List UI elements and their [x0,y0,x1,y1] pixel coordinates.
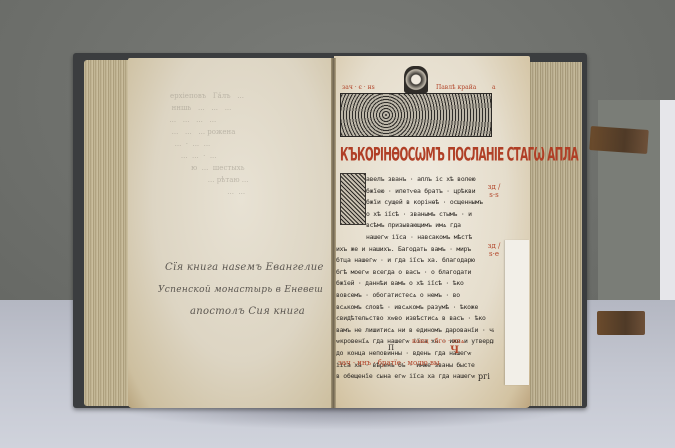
text-line: бтца нашегѡ · и гда іїсъ ха. благодарю [336,255,494,267]
offset-line: ... ... · ... [172,152,221,161]
right-page-edges [526,62,582,406]
text-line: в обещенїе сына егѡ іїса ха гда нашегѡ [336,371,494,383]
offset-line: ... · ... ... [168,140,217,149]
inscription-line: апостолъ Сия книга [190,306,305,317]
page-header-folio: а [492,84,496,91]
marker-lower: П [388,344,394,352]
offset-line: ... ... ... рожена [165,128,235,137]
wall-edge [660,100,675,300]
offset-line: ерхіеповъ Га́лъ ... [170,92,246,101]
offset-line: ... рѣтаю ... [190,176,253,185]
upper-clasp [589,126,649,154]
text-line: бжїею · ипетѵеа братъ · црѣкви [336,186,494,198]
text-line: вамъ не лишитисѧ ни в единомъ дарованїи … [336,325,494,337]
text-line: бгѣ моегѡ всегда о васъ · о благодати [336,267,494,279]
text-line: вовсемъ · обогатистесѧ о немъ · во [336,290,494,302]
page-header-right: Павлѣ крайа [436,84,476,91]
text-line: всѧкомъ словѣ · ивсѧкомъ разумѣ · ѣкоже [336,302,494,314]
offset-line: ... ... ... ... [165,116,218,125]
woodcut-headpiece-ornament [340,93,492,137]
offset-line: нншь ... ... ... [165,104,231,113]
paper-slip-bookmark [505,240,529,385]
text-line: до конца неповинны · вдень гда нашегѡ [336,348,494,360]
margin-note: зд / ѕ·е [487,242,501,258]
text-line: всѣмъ призывающимъ имѧ гда [336,220,494,232]
headpiece-finial-ornament [404,66,428,93]
text-line: авелъ званъ · аплъ іс хѣ волею [336,174,494,186]
margin-note: зд / ѕ·ѕ [487,183,501,199]
main-text-block: авелъ званъ · аплъ іс хѣ волею бжїею · и… [336,174,494,383]
text-line: бжїи сущей в корінѳѣ · осщеннымъ [336,197,494,209]
rubric-line: зач · ннъ · братїе · молю вы [338,359,440,367]
page-header-left: зач · є · нѕ [342,84,375,91]
page-folio-number: ргі [478,372,490,381]
small-red-initial: Ч [450,345,459,356]
chapter-title: КЪКОРІНѲОСѠМЪ ПОСЛАНІЕ СТАГѠ АПЛА [340,143,490,165]
text-line: бжїей · даннѣи вамъ о хѣ іїсѣ · ѣко [336,278,494,290]
rubric-line: конц · бго · лпѧ [412,337,464,345]
inscription-line: Сїя книга наѕемъ Евангелие [165,262,324,273]
offset-line: ю ... шестыхь [180,164,249,173]
text-line: о хѣ іїсѣ · званымъ стымъ · и [336,209,494,221]
lower-clasp [597,311,645,335]
text-line: нашегѡ іїса · навсакомъ мѣстѣ [336,232,494,244]
inscription-line: Успенской монастырь в Еневеш [158,285,323,295]
offset-line: ... ... [205,188,256,197]
text-line: свидѣтельство хѡво извѣстисѧ в васъ · ѣк… [336,313,494,325]
text-line: ихъ же и нашихъ. Багодать вамъ · миръ [336,244,494,256]
